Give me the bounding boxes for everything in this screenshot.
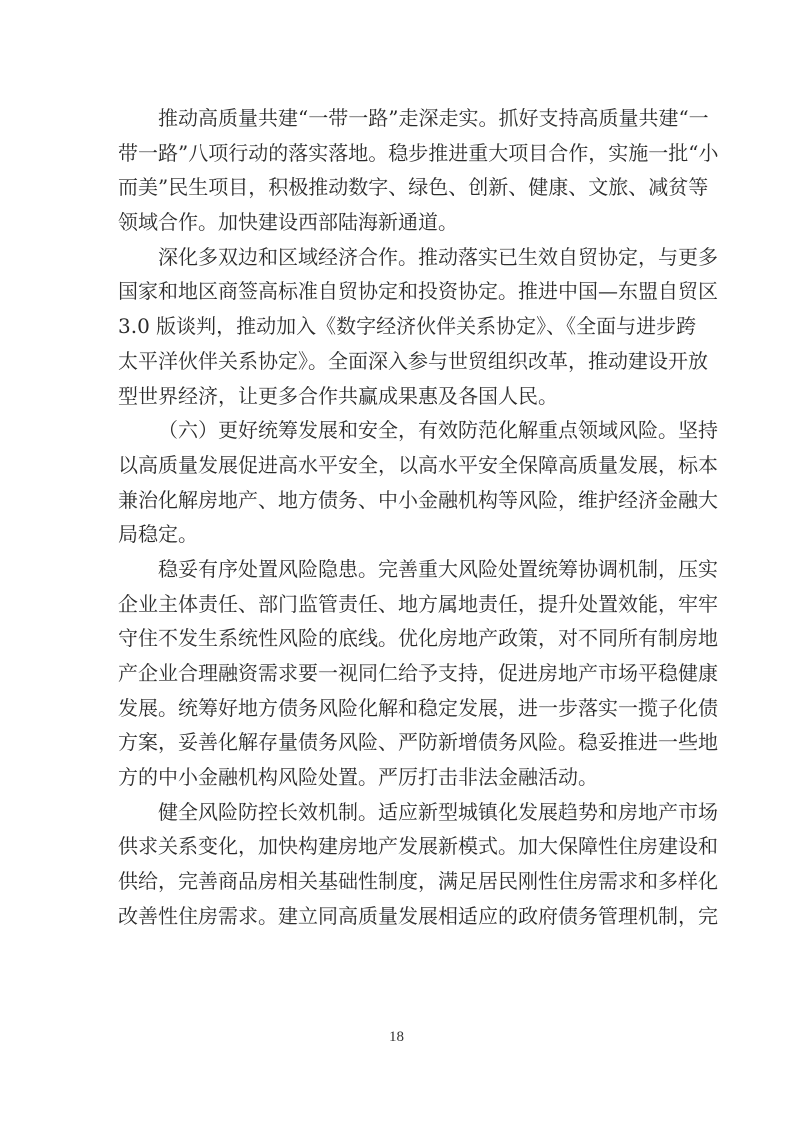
text-line: 改善性住房需求。建立同高质量发展相适应的政府债务管理机制，完 <box>118 899 678 934</box>
text-line: 企业主体责任、部门监管责任、地方属地责任，提升处置效能，牢牢 <box>118 587 678 622</box>
text-line: 产企业合理融资需求要一视同仁给予支持，促进房地产市场平稳健康 <box>118 656 678 691</box>
text-line: 国家和地区商签高标准自贸协定和投资协定。推进中国—东盟自贸区 <box>118 274 678 309</box>
paragraph: 稳妥有序处置风险隐患。完善重大风险处置统筹协调机制，压实企业主体责任、部门监管责… <box>118 552 678 795</box>
text-line: 健全风险防控长效机制。适应新型城镇化发展趋势和房地产市场 <box>118 795 678 830</box>
text-line: 供求关系变化，加快构建房地产发展新模式。加大保障性住房建设和 <box>118 829 678 864</box>
text-line: 带一路”八项行动的落实落地。稳步推进重大项目合作，实施一批“小 <box>118 136 678 171</box>
text-line: 深化多双边和区域经济合作。推动落实已生效自贸协定，与更多 <box>118 240 678 275</box>
text-line: 兼治化解房地产、地方债务、中小金融机构等风险，维护经济金融大 <box>118 483 678 518</box>
text-line: 而美”民生项目，积极推动数字、绿色、创新、健康、文旅、减贫等 <box>118 170 678 205</box>
text-line: 守住不发生系统性风险的底线。优化房地产政策，对不同所有制房地 <box>118 621 678 656</box>
document-page: 推动高质量共建“一带一路”走深走实。抓好支持高质量共建“一带一路”八项行动的落实… <box>0 0 793 1122</box>
page-number: 18 <box>0 1029 793 1046</box>
text-line: 型世界经济，让更多合作共赢成果惠及各国人民。 <box>118 379 678 414</box>
text-line: 太平洋伙伴关系协定》。全面深入参与世贸组织改革，推动建设开放 <box>118 344 678 379</box>
paragraph: 健全风险防控长效机制。适应新型城镇化发展趋势和房地产市场供求关系变化，加快构建房… <box>118 795 678 934</box>
text-line: 局稳定。 <box>118 517 678 552</box>
text-line: （六）更好统筹发展和安全，有效防范化解重点领域风险。坚持 <box>118 413 678 448</box>
paragraph: （六）更好统筹发展和安全，有效防范化解重点领域风险。坚持以高质量发展促进高水平安… <box>118 413 678 552</box>
text-line: 3.0 版谈判，推动加入《数字经济伙伴关系协定》、《全面与进步跨 <box>118 309 678 344</box>
paragraph: 深化多双边和区域经济合作。推动落实已生效自贸协定，与更多国家和地区商签高标准自贸… <box>118 240 678 413</box>
text-line: 以高质量发展促进高水平安全，以高水平安全保障高质量发展，标本 <box>118 448 678 483</box>
document-body: 推动高质量共建“一带一路”走深走实。抓好支持高质量共建“一带一路”八项行动的落实… <box>118 101 678 934</box>
text-line: 推动高质量共建“一带一路”走深走实。抓好支持高质量共建“一 <box>118 101 678 136</box>
text-line: 发展。统筹好地方债务风险化解和稳定发展，进一步落实一揽子化债 <box>118 691 678 726</box>
text-line: 领域合作。加快建设西部陆海新通道。 <box>118 205 678 240</box>
text-line: 稳妥有序处置风险隐患。完善重大风险处置统筹协调机制，压实 <box>118 552 678 587</box>
text-line: 方案，妥善化解存量债务风险、严防新增债务风险。稳妥推进一些地 <box>118 725 678 760</box>
text-line: 供给，完善商品房相关基础性制度，满足居民刚性住房需求和多样化 <box>118 864 678 899</box>
paragraph: 推动高质量共建“一带一路”走深走实。抓好支持高质量共建“一带一路”八项行动的落实… <box>118 101 678 240</box>
text-line: 方的中小金融机构风险处置。严厉打击非法金融活动。 <box>118 760 678 795</box>
